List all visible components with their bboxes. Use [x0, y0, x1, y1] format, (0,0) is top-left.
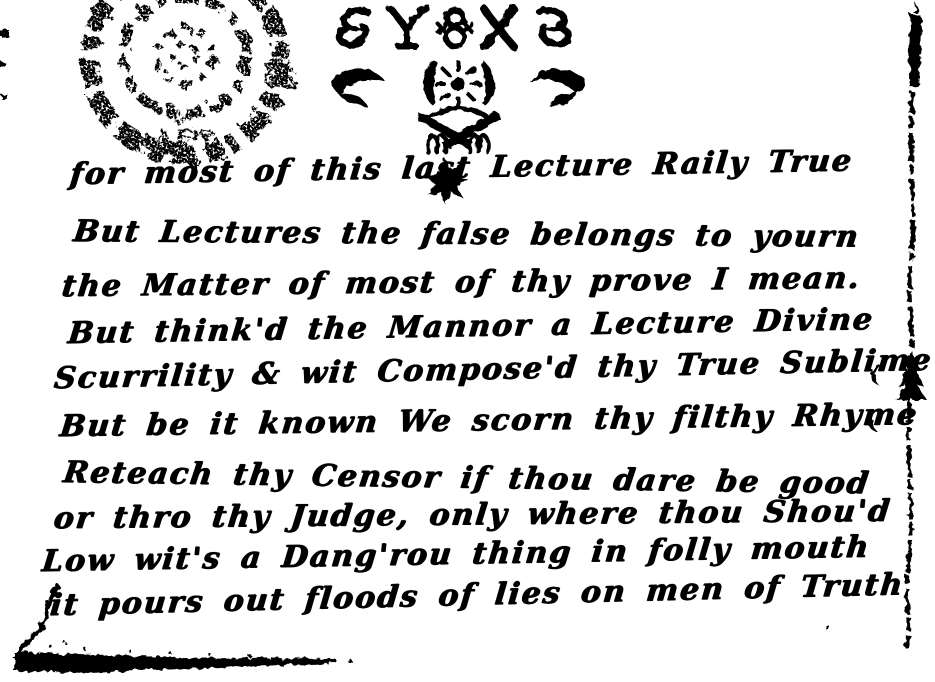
stray-ink-dot	[826, 626, 830, 630]
stamp-number-text: 65	[258, 60, 300, 97]
edge-speck	[0, 30, 9, 99]
handwritten-line-8: or thro thy Judge, only where thou Shou'…	[52, 494, 893, 536]
handwritten-line-6: But be it known We scorn thy filthy Rhym…	[58, 397, 920, 444]
manuscript-scan: let APr 65	[0, 0, 935, 682]
curl-fleuron-icon	[339, 11, 368, 44]
x-fleuron-icon	[484, 9, 514, 47]
wing-ornament-icon	[330, 69, 386, 106]
wing-ornament-icon	[530, 69, 586, 106]
curl-fleuron-icon	[540, 11, 569, 44]
handwritten-line-4: But think'd the Mannor a Lecture Divine	[66, 302, 876, 351]
comma-fleuron-icon	[482, 62, 493, 104]
y-fleuron-icon	[387, 4, 430, 47]
postmark-rings: let APr 65	[89, 0, 300, 161]
handwritten-line-5: Scurrility & wit Compose'd thy True Subl…	[52, 343, 934, 396]
handwritten-line-3: the Matter of most of thy prove I mean.	[60, 261, 863, 304]
ink-wedge-smear	[14, 642, 352, 673]
double-ring-fleuron-icon	[438, 10, 472, 46]
page-edge-ink-line	[907, 2, 922, 648]
sunburst-icon	[436, 62, 480, 106]
fleuron-headpiece	[322, 0, 592, 158]
postmark-stamp: let APr 65	[55, 0, 315, 170]
handwritten-line-2: But Lectures the false belongs to yourn	[71, 214, 861, 254]
